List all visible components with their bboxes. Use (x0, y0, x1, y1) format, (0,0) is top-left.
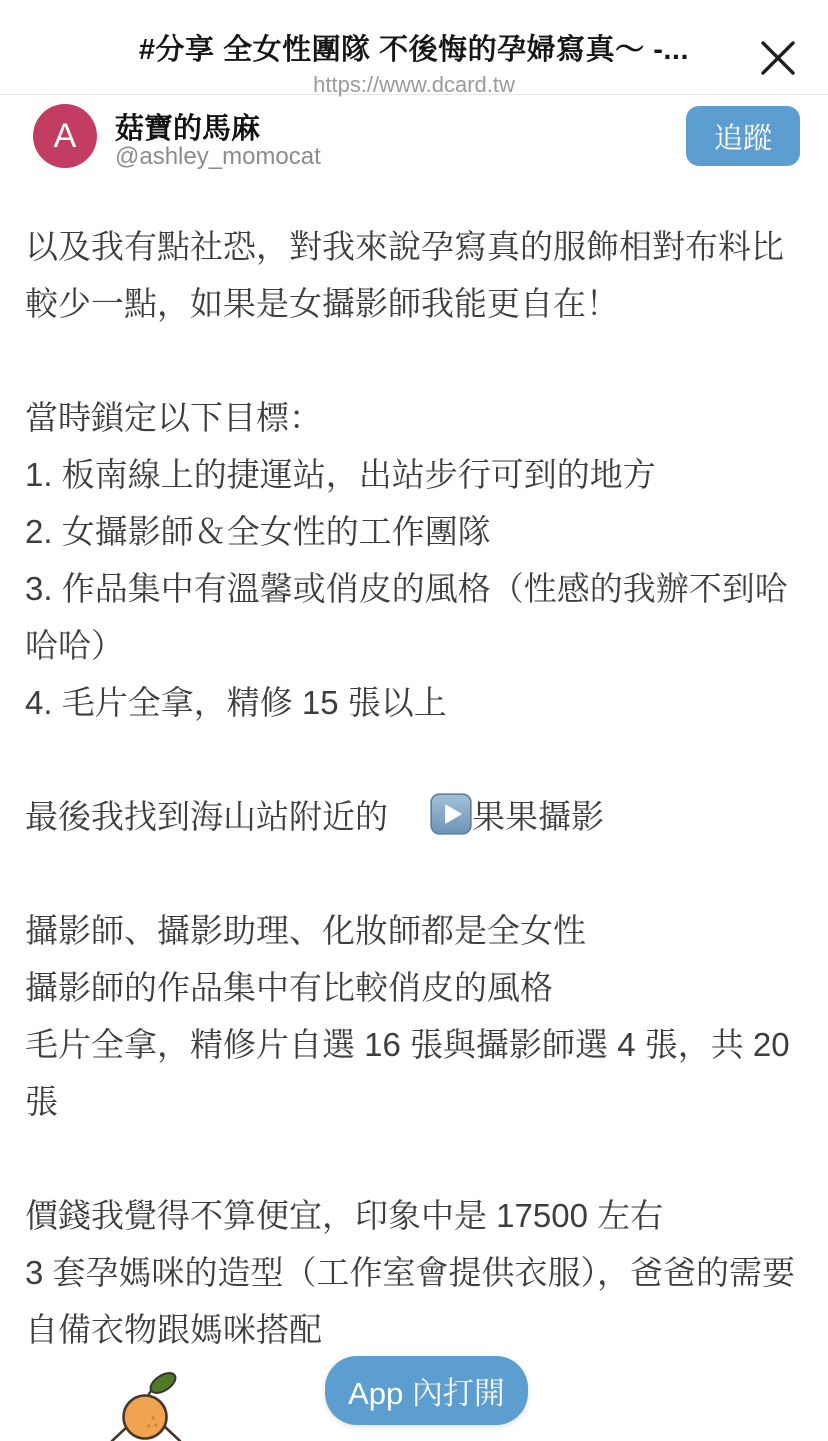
tangerine-mascot-icon (98, 1370, 194, 1441)
post-paragraph: 攝影師、攝影助理、化妝師都是全女性 (25, 902, 803, 959)
close-icon (756, 68, 800, 83)
page-title: #分享 全女性團隊 不後悔的孕婦寫真～ -... (0, 27, 828, 68)
post-body: 以及我有點社恐，對我來說孕寫真的服飾相對布料比較少一點，如果是女攝影師我能更自在… (25, 218, 803, 1358)
post-paragraph (25, 845, 803, 902)
author-name: 菇寶的馬麻 (115, 106, 260, 147)
post-paragraph (25, 1130, 803, 1187)
post-paragraph: 價錢我覺得不算便宜，印象中是 17500 左右 (25, 1187, 803, 1244)
post-paragraph: 毛片全拿，精修片自選 16 張與攝影師選 4 張，共 20 張 (25, 1016, 803, 1130)
follow-button[interactable]: 追蹤 (686, 106, 800, 166)
post-paragraph: 4. 毛片全拿，精修 15 張以上 (25, 674, 803, 731)
post-paragraph: 3. 作品集中有溫馨或俏皮的風格（性感的我辦不到哈哈哈） (25, 560, 803, 674)
post-paragraph: 以及我有點社恐，對我來說孕寫真的服飾相對布料比較少一點，如果是女攝影師我能更自在… (25, 218, 803, 332)
close-button[interactable] (756, 36, 800, 80)
open-in-app-button[interactable]: App 內打開 (325, 1356, 528, 1425)
post-paragraph: 攝影師的作品集中有比較俏皮的風格 (25, 959, 803, 1016)
top-bar: #分享 全女性團隊 不後悔的孕婦寫真～ -... https://www.dca… (0, 0, 828, 95)
post-paragraph (25, 332, 803, 389)
post-paragraph: 當時鎖定以下目標： (25, 389, 803, 446)
author-handle: @ashley_momocat (115, 143, 321, 171)
post-paragraph: 3 套孕媽咪的造型（工作室會提供衣服），爸爸的需要自備衣物跟媽咪搭配 (25, 1244, 803, 1358)
webpage-overlay: #分享 全女性團隊 不後悔的孕婦寫真～ -... https://www.dca… (0, 0, 828, 1441)
avatar[interactable]: A (33, 104, 97, 168)
post-paragraph: 最後我找到海山站附近的 果果攝影 (25, 788, 803, 845)
page-url: https://www.dcard.tw (0, 72, 828, 98)
play-button-icon (430, 793, 472, 835)
post-paragraph: 1. 板南線上的捷運站，出站步行可到的地方 (25, 446, 803, 503)
post-paragraph: 2. 女攝影師＆全女性的工作團隊 (25, 503, 803, 560)
post-paragraph (25, 731, 803, 788)
author-row: A 菇寶的馬麻 @ashley_momocat 追蹤 (0, 96, 828, 188)
